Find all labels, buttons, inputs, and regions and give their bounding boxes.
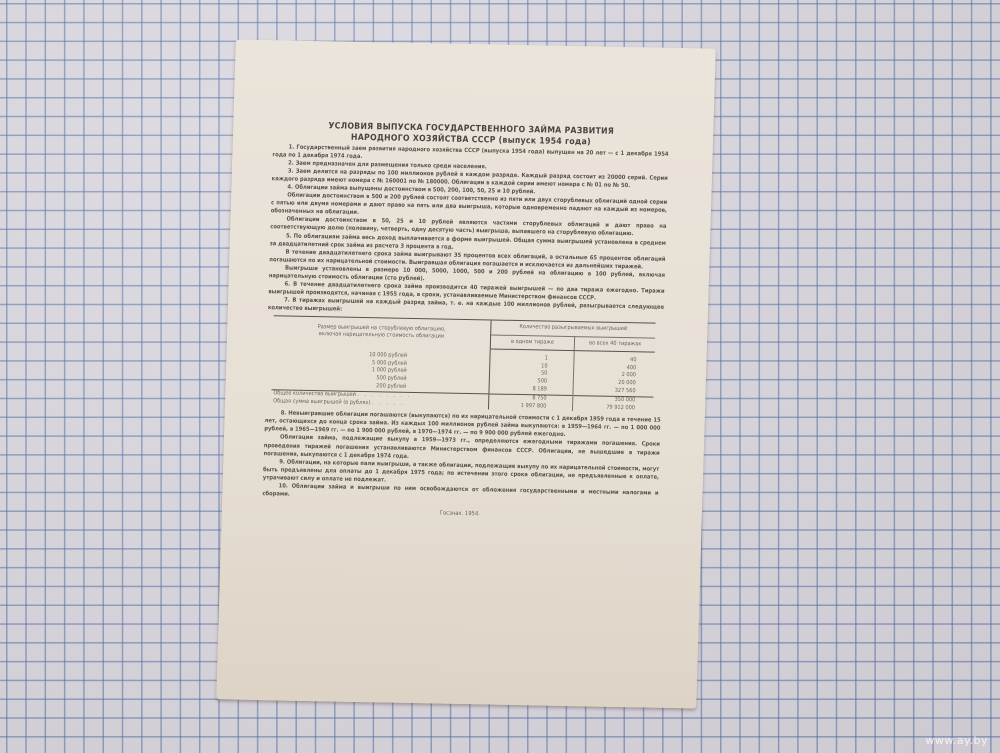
prize-table: Размер выигрышей на сторублевую облигаци…: [271, 315, 656, 413]
all-draws-header: во всех 40 тиражах: [575, 336, 656, 352]
printer-imprint: Госзнак. 1954.: [262, 506, 658, 522]
watermark: www.ay.by: [925, 734, 988, 747]
bond-document: УСЛОВИЯ ВЫПУСКА ГОСУДАРСТВЕННОГО ЗАЙМА Р…: [216, 40, 715, 709]
leader-dots: . . . . .: [372, 400, 405, 407]
paragraphs-before-table: 1. Государственный заем развития народно…: [268, 143, 669, 320]
total-label: Общее количество выигрышей: [273, 390, 356, 398]
prize-rows: 10 000 рублей1405 000 рублей104001 000 р…: [271, 345, 654, 397]
total-all-draws-cell: 79 912 000: [573, 404, 653, 413]
document-content: УСЛОВИЯ ВЫПУСКА ГОСУДАРСТВЕННОГО ЗАЙМА Р…: [262, 120, 670, 521]
prize-size-header: Размер выигрышей на сторублевую облигаци…: [273, 316, 491, 349]
total-per-draw-cell: 1 997 800: [488, 402, 573, 411]
paragraphs-after-table: 8. Невыигравшие облигации погашаются (вы…: [262, 409, 661, 505]
per-draw-header: в одном тираже: [490, 335, 575, 351]
total-label: Общая сумма выигрышей (в рублях): [273, 398, 370, 406]
leader-dots: . . . . . . . .: [357, 392, 411, 399]
